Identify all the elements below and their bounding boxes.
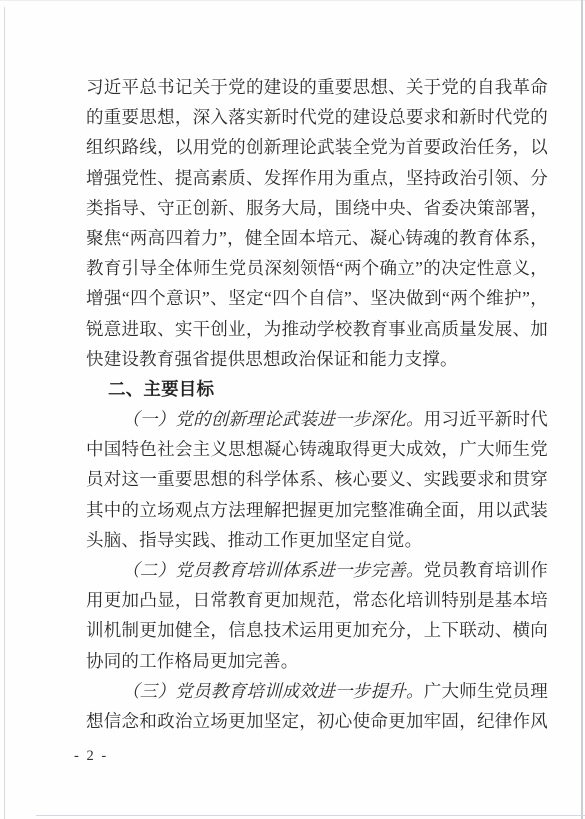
body-text: 快建设教育强省提供思想政治保证和能力支撑。: [86, 349, 458, 369]
text-line: 训机制更加健全，信息技术运用更加充分，上下联动、横向: [86, 615, 548, 645]
lead-in-text: （一）党的创新理论武装进一步深化。: [122, 409, 424, 429]
text-line: 习近平总书记关于党的建设的重要思想、关于党的自我革命: [86, 72, 548, 102]
page-edge-top: [0, 0, 585, 1]
page-edge-bottom: [36, 815, 585, 816]
body-text: 增强“四个意识”、坚定“四个自信”、坚决做到“两个维护”，: [86, 288, 548, 308]
body-text: 其中的立场观点方法理解把握更加完整准确全面，用以武装: [86, 500, 548, 520]
text-line: 锐意进取、实干创业，为推动学校教育事业高质量发展、加: [86, 314, 548, 344]
body-text: 中国特色社会主义思想凝心铸魂取得更大成效，广大师生党: [86, 439, 548, 459]
body-text: 组织路线，以用党的创新理论武装全党为首要政治任务，以: [86, 137, 548, 157]
body-text: 用更加凸显，日常教育更加规范，常态化培训特别是基本培: [86, 590, 548, 610]
document-body: 习近平总书记关于党的建设的重要思想、关于党的自我革命的重要思想，深入落实新时代党…: [86, 72, 548, 736]
text-line: 用更加凸显，日常教育更加规范，常态化培训特别是基本培: [86, 585, 548, 615]
text-line: 想信念和政治立场更加坚定，初心使命更加牢固，纪律作风: [86, 706, 548, 736]
lead-in-text: （二）党员教育培训体系进一步完善。: [122, 560, 424, 580]
body-text: 教育引导全体师生党员深刻领悟“两个确立”的决定性意义，: [86, 258, 548, 278]
body-text: 增强党性、提高素质、发挥作用为重点，坚持政治引领、分: [86, 168, 548, 188]
text-line: 的重要思想，深入落实新时代党的建设总要求和新时代党的: [86, 102, 548, 132]
body-text: 党员教育培训作: [424, 560, 548, 580]
text-line: （一）党的创新理论武装进一步深化。用习近平新时代: [86, 404, 548, 434]
page-edge-right: [581, 0, 583, 819]
body-text: 的重要思想，深入落实新时代党的建设总要求和新时代党的: [86, 107, 548, 127]
document-page: 习近平总书记关于党的建设的重要思想、关于党的自我革命的重要思想，深入落实新时代党…: [0, 0, 585, 819]
text-line: 增强“四个意识”、坚定“四个自信”、坚决做到“两个维护”，: [86, 283, 548, 313]
text-line: 组织路线，以用党的创新理论武装全党为首要政治任务，以: [86, 132, 548, 162]
body-text: 类指导、守正创新、服务大局，围绕中央、省委决策部署，: [86, 198, 548, 218]
text-line: 快建设教育强省提供思想政治保证和能力支撑。: [86, 344, 548, 374]
text-line: 增强党性、提高素质、发挥作用为重点，坚持政治引领、分: [86, 163, 548, 193]
body-text: 锐意进取、实干创业，为推动学校教育事业高质量发展、加: [86, 319, 548, 339]
page-edge-left: [4, 7, 5, 819]
page-number: - 2 -: [74, 748, 108, 765]
heading-text: 二、主要目标: [108, 379, 214, 399]
text-line: 聚焦“两高四着力”，健全固本培元、凝心铸魂的教育体系，: [86, 223, 548, 253]
body-text: 员对这一重要思想的科学体系、核心要义、实践要求和贯穿: [86, 469, 548, 489]
body-text: 习近平总书记关于党的建设的重要思想、关于党的自我革命: [86, 77, 548, 97]
text-line: （三）党员教育培训成效进一步提升。广大师生党员理: [86, 676, 548, 706]
lead-in-text: （三）党员教育培训成效进一步提升。: [122, 681, 424, 701]
text-line: 头脑、指导实践、推动工作更加坚定自觉。: [86, 525, 548, 555]
text-line: 员对这一重要思想的科学体系、核心要义、实践要求和贯穿: [86, 464, 548, 494]
body-text: 训机制更加健全，信息技术运用更加充分，上下联动、横向: [86, 620, 548, 640]
body-text: 聚焦“两高四着力”，健全固本培元、凝心铸魂的教育体系，: [86, 228, 548, 248]
body-text: 协同的工作格局更加完善。: [86, 651, 298, 671]
body-text: 用习近平新时代: [424, 409, 548, 429]
text-line: 协同的工作格局更加完善。: [86, 646, 548, 676]
body-text: 广大师生党员理: [424, 681, 548, 701]
text-line: （二）党员教育培训体系进一步完善。党员教育培训作: [86, 555, 548, 585]
section-heading: 二、主要目标: [86, 374, 548, 404]
body-text: 想信念和政治立场更加坚定，初心使命更加牢固，纪律作风: [86, 711, 548, 731]
text-line: 教育引导全体师生党员深刻领悟“两个确立”的决定性意义，: [86, 253, 548, 283]
text-line: 类指导、守正创新、服务大局，围绕中央、省委决策部署，: [86, 193, 548, 223]
text-line: 中国特色社会主义思想凝心铸魂取得更大成效，广大师生党: [86, 434, 548, 464]
text-line: 其中的立场观点方法理解把握更加完整准确全面，用以武装: [86, 495, 548, 525]
body-text: 头脑、指导实践、推动工作更加坚定自觉。: [86, 530, 422, 550]
